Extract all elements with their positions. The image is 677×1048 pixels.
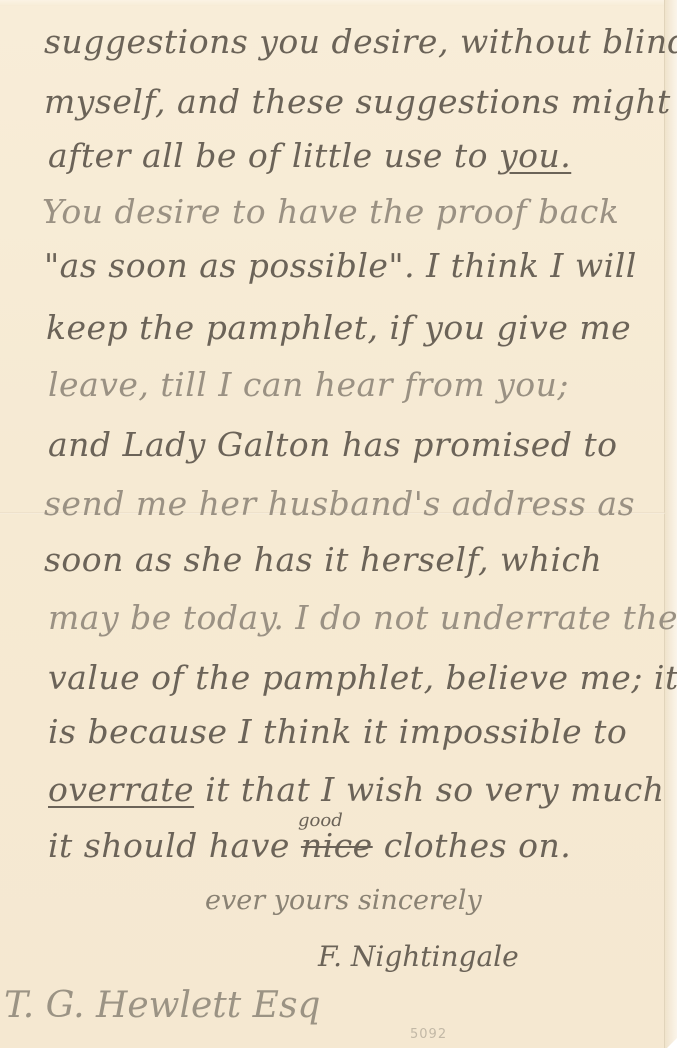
letter-line-3-text: after all be of little use to — [48, 136, 488, 175]
letter-closing: ever yours sincerely — [205, 885, 482, 916]
underlined-you: you. — [499, 136, 571, 175]
letter-line-13: is because I think it impossible to — [48, 712, 627, 752]
letter-line-11: may be today. I do not underrate the — [48, 598, 677, 638]
letter-line-15-end: clothes on. — [384, 826, 571, 865]
letter-line-8: and Lady Galton has promised to — [48, 425, 618, 465]
struck-word: nice — [301, 826, 373, 865]
letter-addressee: T. G. Hewlett Esq — [4, 985, 320, 1026]
letter-line-1: suggestions you desire, without blinding — [44, 22, 677, 62]
letter-signature: F. Nightingale — [318, 940, 519, 973]
archive-number: 5092 — [410, 1027, 447, 1042]
letter-line-2: myself, and these suggestions might — [44, 82, 671, 122]
underlined-overrate: overrate — [48, 770, 194, 809]
letter-line-15-text: it should have — [48, 826, 290, 865]
letter-line-4: You desire to have the proof back — [42, 192, 619, 232]
letter-line-12: value of the pamphlet, believe me; it — [48, 658, 677, 698]
inserted-word: good — [298, 810, 343, 831]
letter-line-5: "as soon as possible". I think I will — [44, 246, 637, 286]
letter-line-14-text: it that I wish so very much — [205, 770, 664, 809]
letter-line-15: it should have nice clothes on. — [48, 826, 571, 866]
paper-right-edge — [664, 0, 677, 1048]
letter-line-6: keep the pamphlet, if you give me — [46, 308, 631, 348]
letter-page: suggestions you desire, without blinding… — [0, 0, 677, 1048]
letter-line-9: send me her husband's address as — [44, 484, 635, 524]
letter-line-7: leave, till I can hear from you; — [48, 365, 569, 405]
paper-top-edge — [0, 0, 665, 6]
letter-line-14: overrate it that I wish so very much — [48, 770, 664, 810]
letter-line-10: soon as she has it herself, which — [44, 540, 602, 580]
letter-line-3: after all be of little use to you. — [48, 136, 571, 176]
